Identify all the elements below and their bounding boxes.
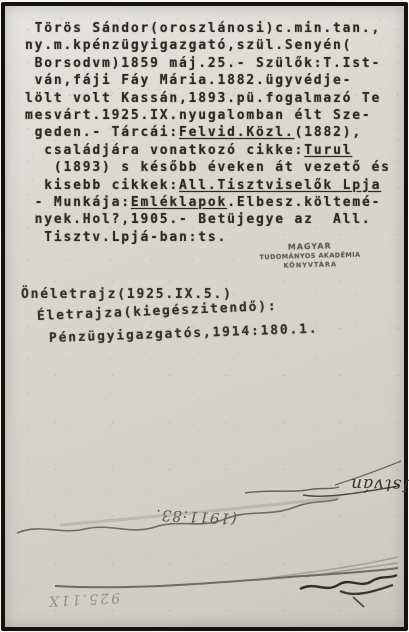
card-paper: Törös Sándor(oroszlánosi)c.min.tan.,ny.m…	[5, 6, 404, 627]
handwriting-strokes	[5, 6, 404, 627]
scanned-card: Törös Sándor(oroszlánosi)c.min.tan.,ny.m…	[0, 0, 409, 632]
